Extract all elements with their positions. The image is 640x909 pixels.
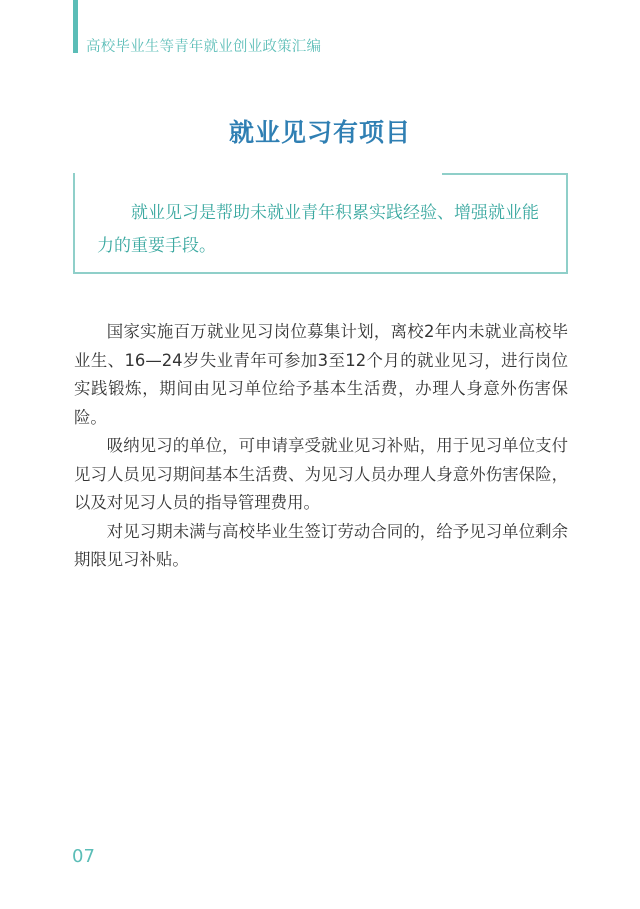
box-border-top (442, 173, 568, 175)
page-number: 07 (72, 846, 95, 867)
summary-box: 就业见习是帮助未就业青年积累实践经验、增强就业能力的重要手段。 (73, 173, 568, 274)
running-title: 高校毕业生等青年就业创业政策汇编 (86, 35, 321, 56)
paragraph: 国家实施百万就业见习岗位募集计划，离校2年内未就业高校毕业生、16—24岁失业青… (74, 318, 568, 432)
page-title: 就业见习有项目 (0, 113, 640, 149)
body-content: 国家实施百万就业见习岗位募集计划，离校2年内未就业高校毕业生、16—24岁失业青… (74, 318, 568, 575)
box-border-left (73, 173, 75, 274)
paragraph: 对见习期未满与高校毕业生签订劳动合同的，给予见习单位剩余期限见习补贴。 (74, 518, 568, 575)
summary-text: 就业见习是帮助未就业青年积累实践经验、增强就业能力的重要手段。 (97, 197, 544, 263)
header-accent-bar (73, 0, 78, 53)
box-border-right (566, 173, 568, 274)
paragraph: 吸纳见习的单位，可申请享受就业见习补贴，用于见习单位支付见习人员见习期间基本生活… (74, 432, 568, 518)
box-border-bottom (73, 272, 568, 274)
